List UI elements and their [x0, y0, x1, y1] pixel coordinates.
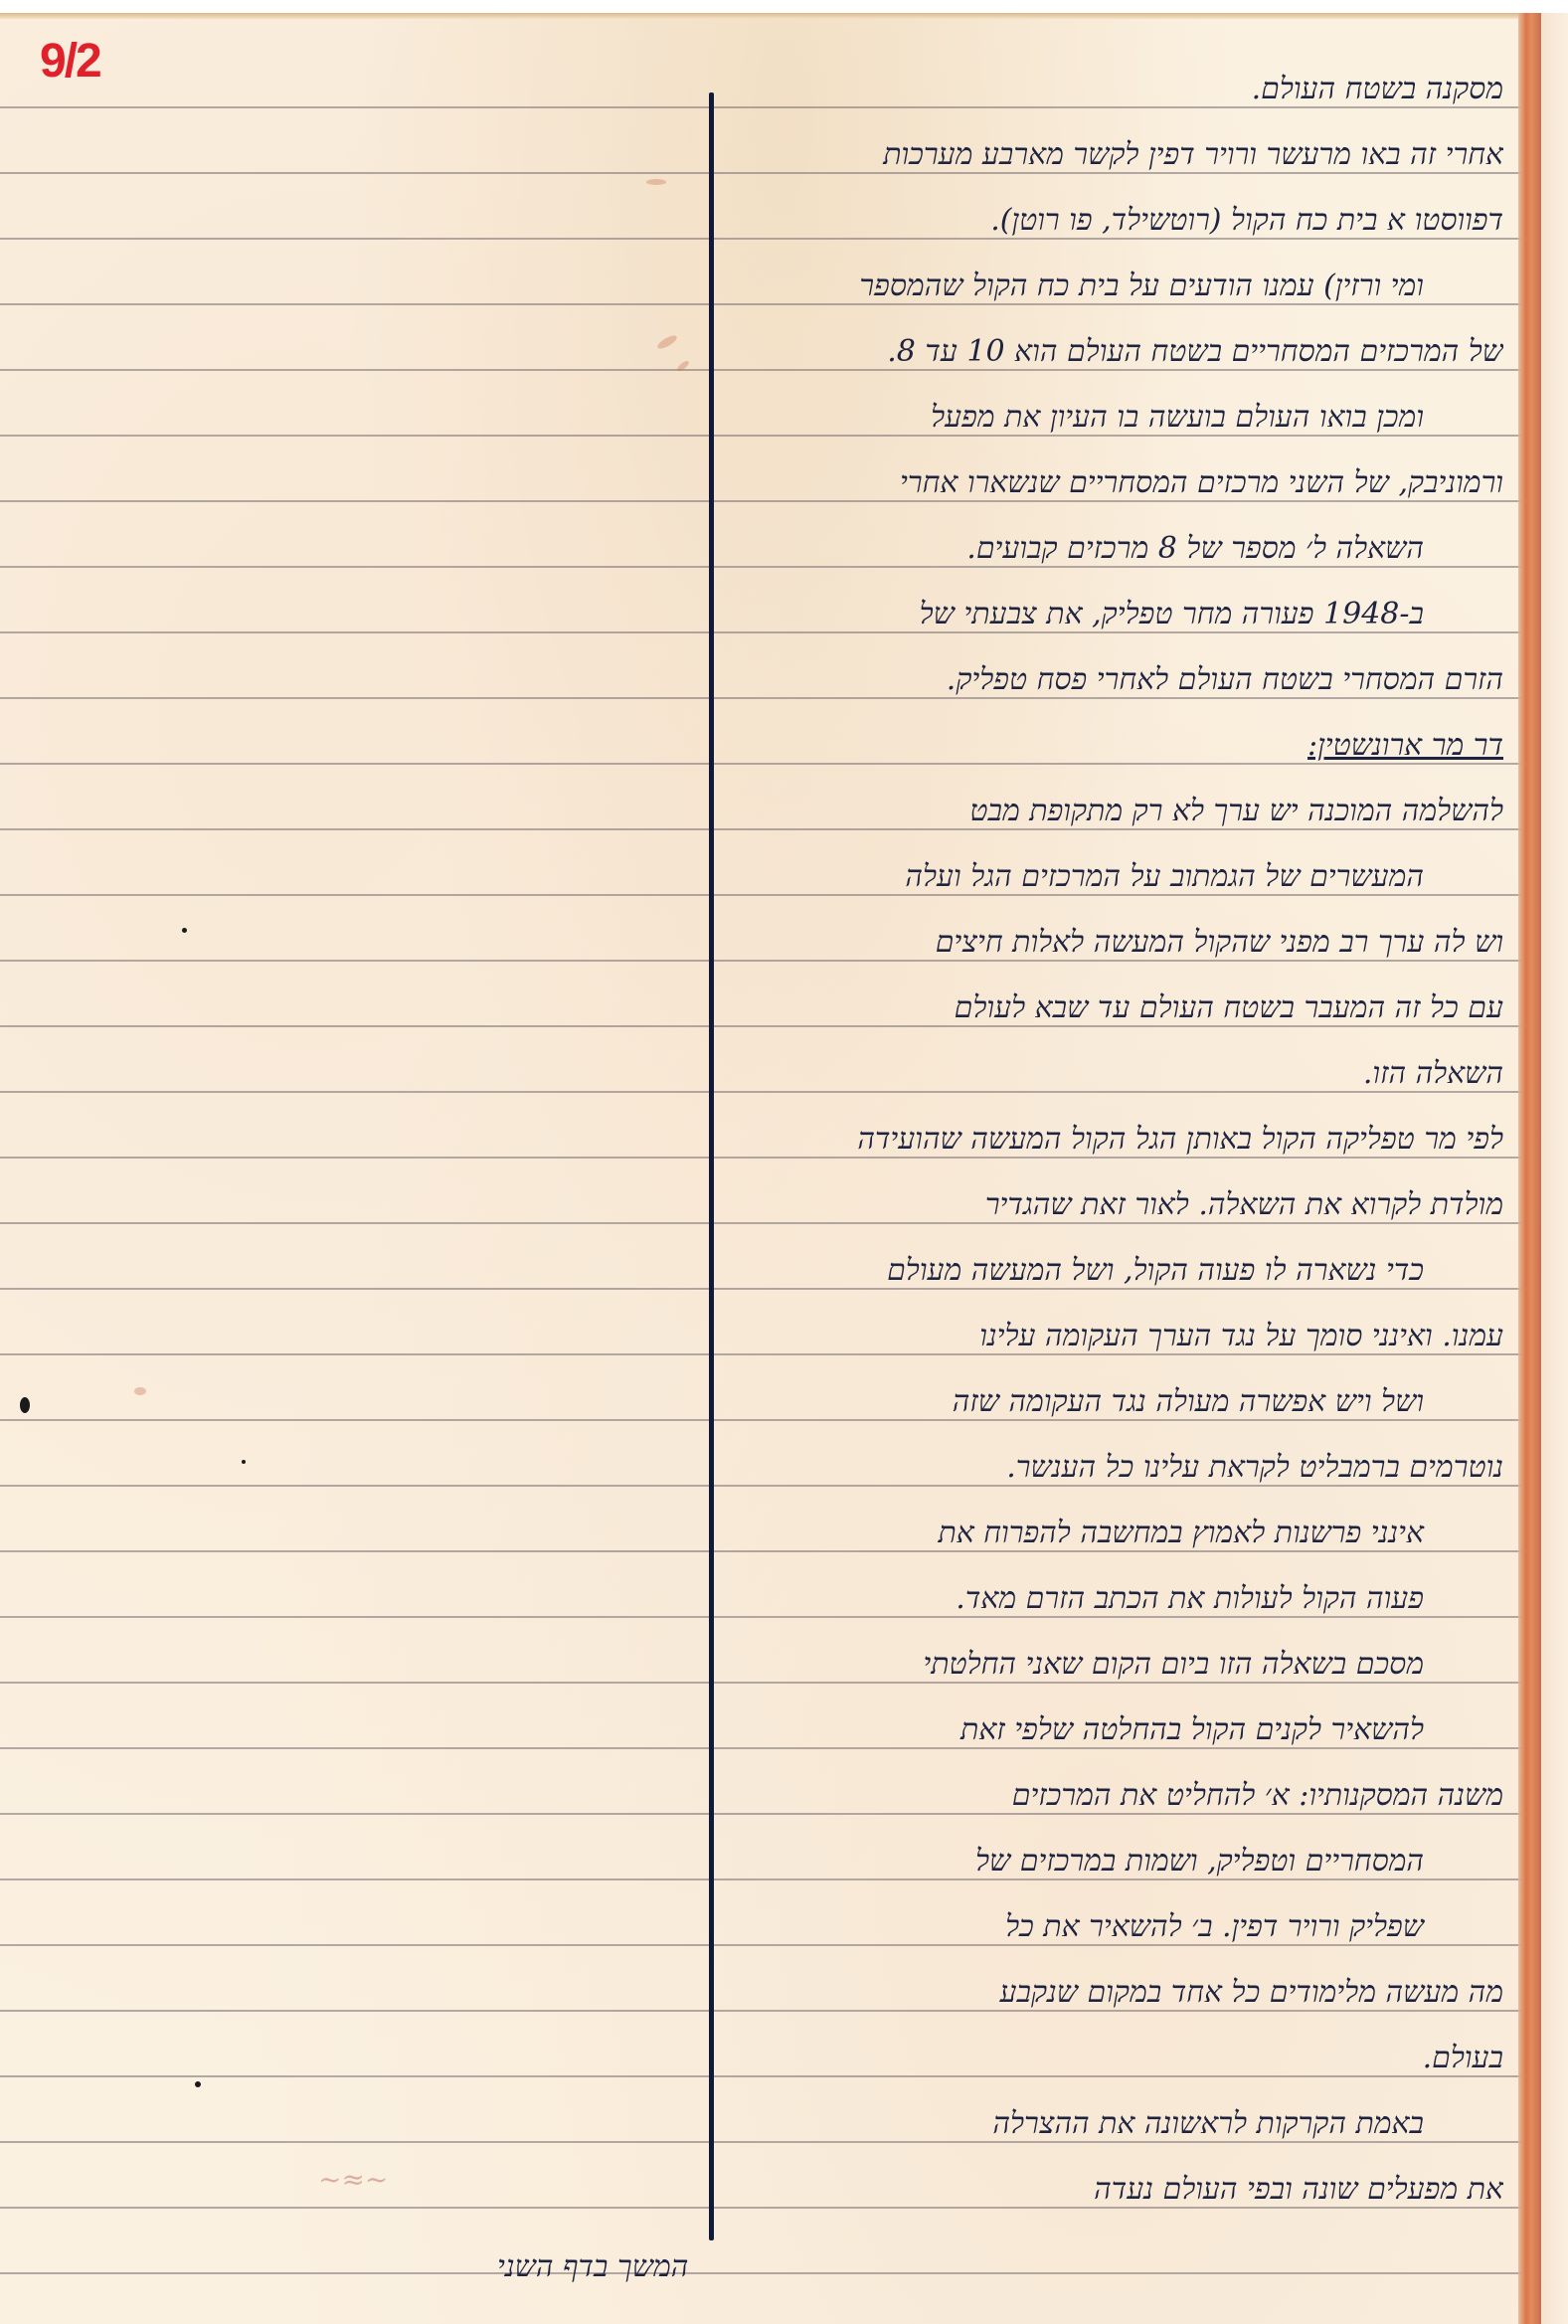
handwritten-line: משנה המסקנותיו: א׳ להחליט את המרכזים: [718, 1766, 1503, 1826]
stain: [134, 1387, 146, 1395]
margin-line: [709, 92, 714, 2240]
stain: [646, 179, 666, 185]
adjacent-page-edge: [1540, 13, 1568, 2324]
continuation-note: המשך בדף השני: [497, 2249, 688, 2284]
handwritten-line: ומי ורזין) עמנו הודעים על בית כח הקול שה…: [718, 257, 1503, 316]
handwritten-line: המסחריים וטפליק, ושמות במרכזים של: [718, 1832, 1503, 1891]
handwritten-line: להשלמה המוכנה יש ערך לא רק מתקופת מבט: [718, 782, 1503, 841]
handwritten-line: נוטרמים ברמבליט לקראת עלינו כל הענשר.: [718, 1438, 1503, 1498]
ink-speck: [182, 928, 187, 933]
ruled-line: [0, 2272, 1521, 2274]
ink-speck: [20, 1397, 30, 1413]
handwritten-line: בעולם.: [718, 2029, 1503, 2088]
handwritten-line: וש לה ערך רב מפני שהקול המעשה לאלות חיצי…: [718, 913, 1503, 973]
handwritten-line: לפי מר טפליקה הקול באותן הגל הקול המעשה …: [718, 1110, 1503, 1169]
handwritten-line: אחרי זה באו מרעשר ורויר דפין לקשר מארבע …: [718, 125, 1503, 185]
handwritten-line: שפליק ורויר דפין. ב׳ להשאיר את כל: [718, 1897, 1503, 1957]
section-heading: דר מר ארונשטין:: [718, 716, 1503, 776]
paper-top-edge: [0, 13, 1521, 19]
handwritten-line: ב-1948 פעורה מחר טפליק, את צבעתי של: [718, 585, 1503, 644]
handwritten-line: המעשרים של הגמתוב על המרכזים הגל ועלה: [718, 847, 1503, 907]
faint-stain-mark: ~≈~: [318, 2163, 388, 2196]
handwritten-line: השאלה ל׳ מספר של 8 מרכזים קבועים.: [718, 519, 1503, 579]
notebook-binding: [1518, 13, 1540, 2324]
handwritten-line: להשאיר לקנים הקול בהחלטה שלפי זאת: [718, 1700, 1503, 1760]
handwritten-line: עמנו. ואינני סומך על נגד הערך העקומה עלי…: [718, 1307, 1503, 1366]
handwritten-line: ושל ויש אפשרה מעולה נגד העקומה שזה: [718, 1372, 1503, 1432]
handwritten-line: ורמוניבק, של השני מרכזים המסחריים שנשארו…: [718, 453, 1503, 513]
page-marker: 9/2: [40, 34, 100, 89]
notebook-page: ~≈~ 9/2 מסקנה בשטח העולם.אחרי זה באו מרע…: [0, 0, 1568, 2324]
handwritten-line: השאלה הזו.: [718, 1044, 1503, 1104]
handwritten-line: פעוה הקול לעולות את הכתב הזרם מאד.: [718, 1569, 1503, 1629]
handwritten-line: באמת הקרקות לראשונה את ההצרלה: [718, 2094, 1503, 2154]
handwritten-line: הזרם המסחרי בשטח העולם לאחרי פסח טפליק.: [718, 650, 1503, 710]
handwritten-line: של המרכזים המסחריים בשטח העולם הוא 10 עד…: [718, 322, 1503, 382]
section-heading: מסקנה בשטח העולם.: [718, 60, 1503, 119]
handwritten-line: ומכן בואו העולם בועשה בו העיון את מפעל: [718, 388, 1503, 447]
handwritten-line: אינני פרשנות לאמוץ במחשבה להפרוח את: [718, 1504, 1503, 1563]
handwritten-line: מה מעשה מלימודים כל אחד במקום שנקבע: [718, 1963, 1503, 2023]
ink-speck: [195, 2081, 201, 2087]
handwritten-line: את מפעלים שונה ובפי העולם נעדה: [718, 2160, 1503, 2220]
handwritten-line: דפווסטו א בית כח הקול (רוטשילד, פו רוטן)…: [718, 191, 1503, 251]
handwritten-line: עם כל זה המעבר בשטח העולם עד שבא לעולם: [718, 979, 1503, 1038]
stain: [655, 333, 678, 351]
handwritten-line: כדי נשארה לו פעוה הקול, ושל המעשה מעולם: [718, 1241, 1503, 1301]
handwritten-line: מולדת לקרוא את השאלה. לאור זאת שהגדיר: [718, 1175, 1503, 1235]
handwritten-line: מסכם בשאלה הזו ביום הקום שאני החלטתי: [718, 1635, 1503, 1695]
ink-speck: [242, 1460, 246, 1464]
scan-top-border: [0, 0, 1568, 13]
